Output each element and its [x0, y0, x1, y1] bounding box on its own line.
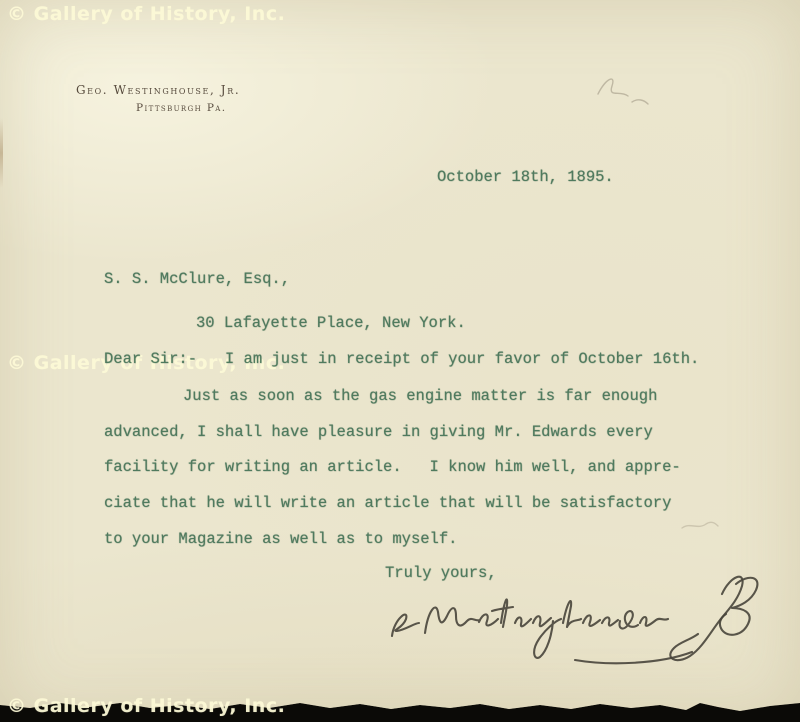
letter-body-line: ciate that he will write an article that…	[104, 494, 671, 512]
letter-body-line: advanced, I shall have pleasure in givin…	[104, 423, 653, 441]
letter-scan: © Gallery of History, Inc. © Gallery of …	[0, 0, 800, 722]
letterhead-city: Pittsburgh Pa.	[136, 102, 227, 114]
letter-address: 30 Lafayette Place, New York.	[196, 314, 466, 332]
letter-recipient: S. S. McClure, Esq.,	[104, 270, 290, 288]
letter-body-line: facility for writing an article. I know …	[104, 458, 681, 476]
letterhead-name: Geo. Westinghouse, Jr.	[76, 83, 240, 97]
letter-date: October 18th, 1895.	[437, 168, 614, 186]
letter-body-line: Dear Sir:- I am just in receipt of your …	[104, 350, 699, 368]
letter-closing: Truly yours,	[385, 564, 497, 582]
letter-body-line: Just as soon as the gas engine matter is…	[183, 387, 657, 405]
letter-body-line: to your Magazine as well as to myself.	[104, 530, 457, 548]
